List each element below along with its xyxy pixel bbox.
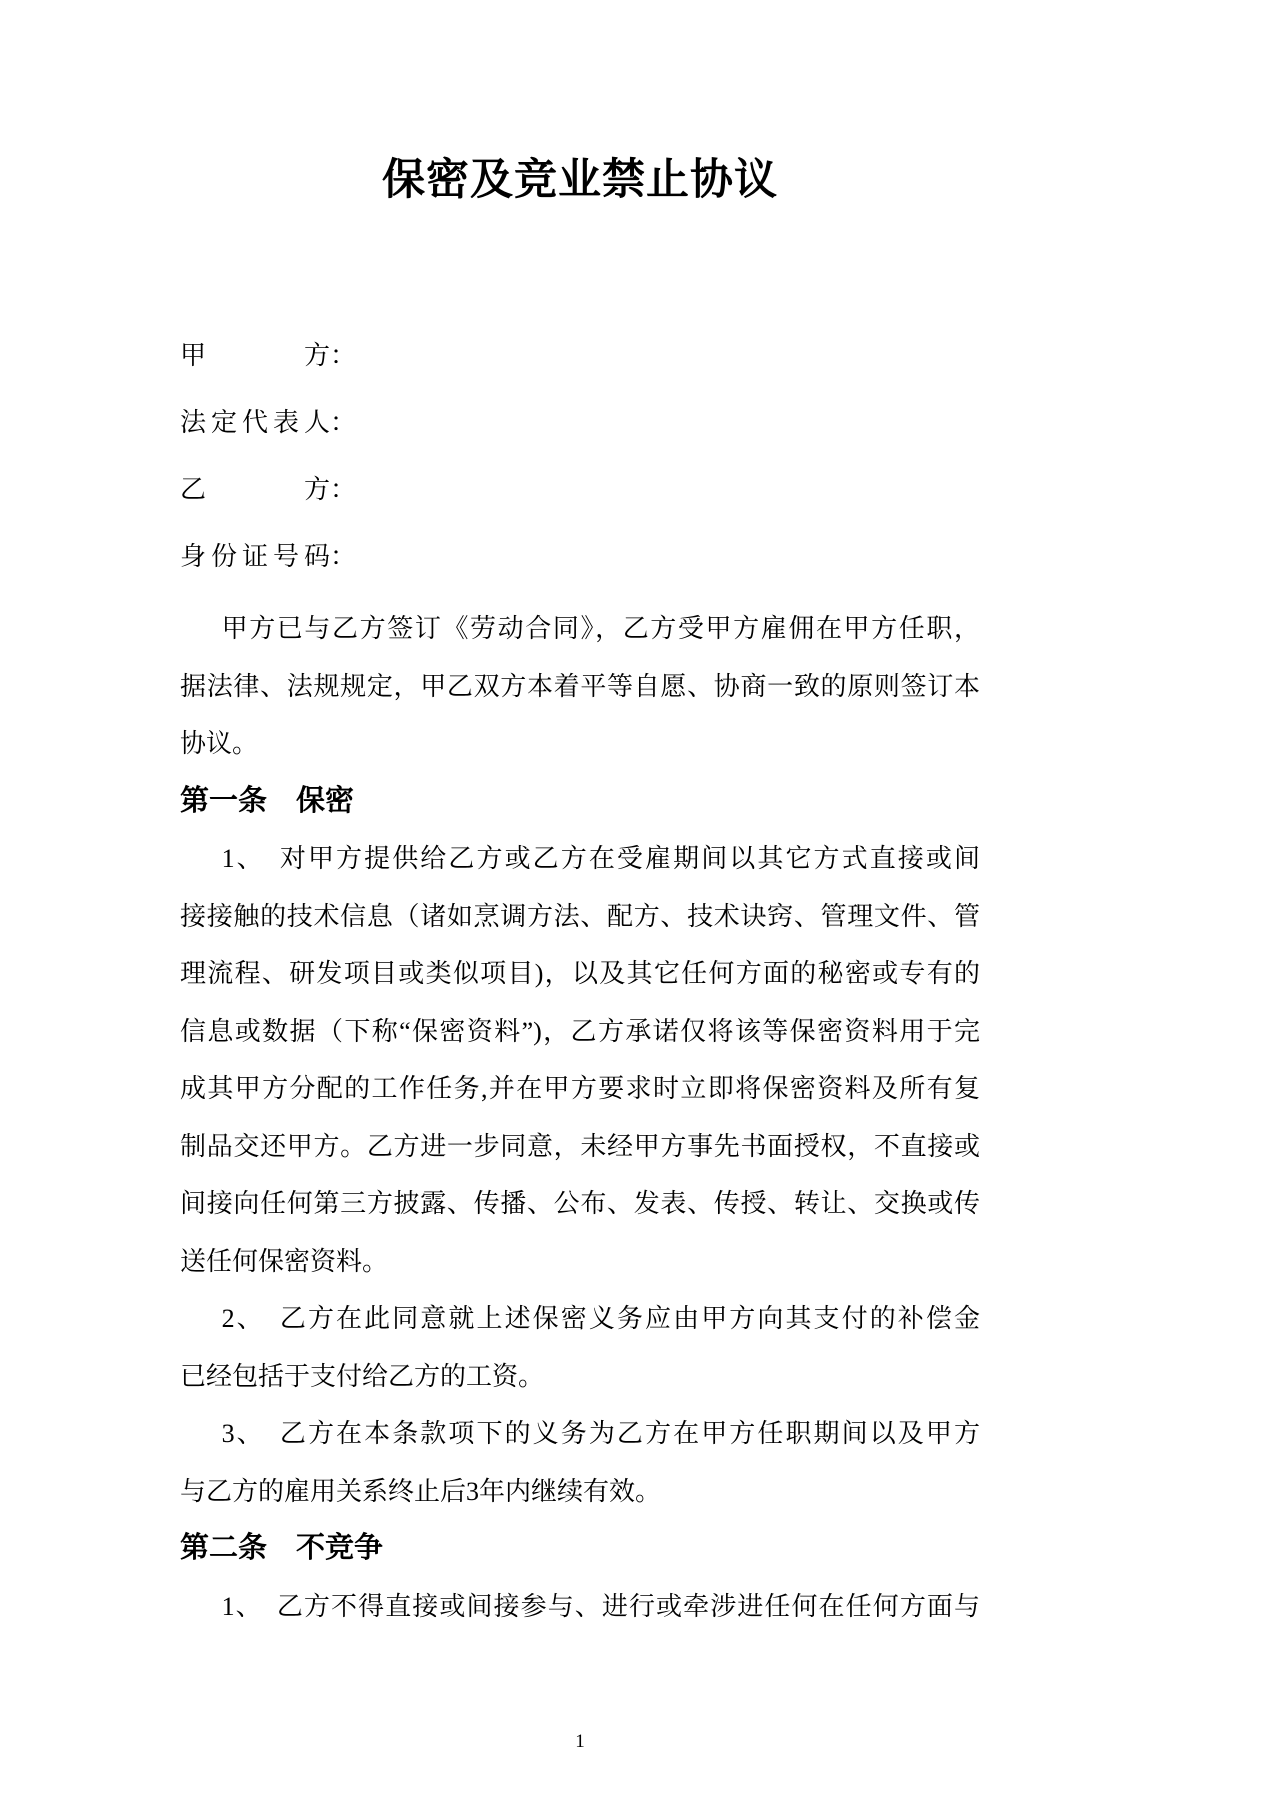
sec1-clause1-line-8: 送任何保密资料。 (180, 1233, 980, 1291)
sec1-clause1-line-4: 信息或数据（下称“保密资料”)，乙方承诺仅将该等保密资料用于完 (180, 1003, 980, 1061)
sec1-clause1-line-7: 间接向任何第三方披露、传播、公布、发表、传授、转让、交换或传 (180, 1175, 980, 1233)
party-row-id-number: 身份证号码： (180, 523, 980, 590)
party-block: 甲方： 法定代表人： 乙方： 身份证号码： (180, 322, 980, 590)
section-1-number: 第一条 (180, 785, 267, 817)
sec1-clause3-line-1: 3、 乙方在本条款项下的义务为乙方在甲方任职期间以及甲方 (180, 1405, 980, 1463)
party-label-legal-representative: 法定代表人 (180, 389, 330, 456)
party-colon: ： (330, 456, 356, 523)
section-2-number: 第二条 (180, 1532, 267, 1564)
sec1-clause1-line-2: 接接触的技术信息（诸如烹调方法、配方、技术诀窍、管理文件、管 (180, 888, 980, 946)
party-label-yifang: 乙方 (180, 456, 330, 523)
sec1-clause1-line-1: 1、 对甲方提供给乙方或乙方在受雇期间以其它方式直接或间 (180, 830, 980, 888)
document-title: 保密及竞业禁止协议 (180, 146, 980, 216)
intro-line-2: 据法律、法规规定，甲乙双方本着平等自愿、协商一致的原则签订本 (180, 658, 980, 716)
page-footer: 1 (180, 1727, 980, 1757)
document-page: 保密及竞业禁止协议 甲方： 法定代表人： 乙方： 身份证号码： 甲方已与乙方签订… (0, 0, 1280, 1810)
intro-line-1: 甲方已与乙方签订《劳动合同》，乙方受甲方雇佣在甲方任职， (180, 600, 980, 658)
sec2-clause1-line-1: 1、 乙方不得直接或间接参与、进行或牵涉进任何在任何方面与 (180, 1578, 980, 1636)
party-colon: ： (330, 523, 356, 590)
sec1-clause1-line-6: 制品交还甲方。乙方进一步同意，未经甲方事先书面授权，不直接或 (180, 1118, 980, 1176)
party-row-yifang: 乙方： (180, 456, 980, 523)
sec1-clause1-line-5: 成其甲方分配的工作任务,并在甲方要求时立即将保密资料及所有复 (180, 1060, 980, 1118)
sec1-clause1-line-3: 理流程、研发项目或类似项目)，以及其它任何方面的秘密或专有的 (180, 945, 980, 1003)
section-1-heading: 第一条保密 (180, 773, 980, 831)
party-row-jiafang: 甲方： (180, 322, 980, 389)
document-content: 保密及竞业禁止协议 甲方： 法定代表人： 乙方： 身份证号码： 甲方已与乙方签订… (180, 0, 980, 1757)
sec1-clause3-line-2: 与乙方的雇用关系终止后3年内继续有效。 (180, 1463, 980, 1521)
intro-line-3: 协议。 (180, 715, 980, 773)
party-row-legal-representative: 法定代表人： (180, 389, 980, 456)
page-number: 1 (575, 1731, 585, 1752)
section-2-heading: 第二条不竞争 (180, 1520, 980, 1578)
party-label-id-number: 身份证号码 (180, 523, 330, 590)
section-1-title: 保密 (296, 785, 354, 817)
section-2-title: 不竞争 (296, 1532, 383, 1564)
party-colon: ： (330, 322, 356, 389)
sec1-clause2-line-2: 已经包括于支付给乙方的工资。 (180, 1348, 980, 1406)
party-colon: ： (330, 389, 356, 456)
party-label-jiafang: 甲方 (180, 322, 330, 389)
document-body: 甲方已与乙方签订《劳动合同》，乙方受甲方雇佣在甲方任职， 据法律、法规规定，甲乙… (180, 600, 980, 1635)
sec1-clause2-line-1: 2、 乙方在此同意就上述保密义务应由甲方向其支付的补偿金 (180, 1290, 980, 1348)
